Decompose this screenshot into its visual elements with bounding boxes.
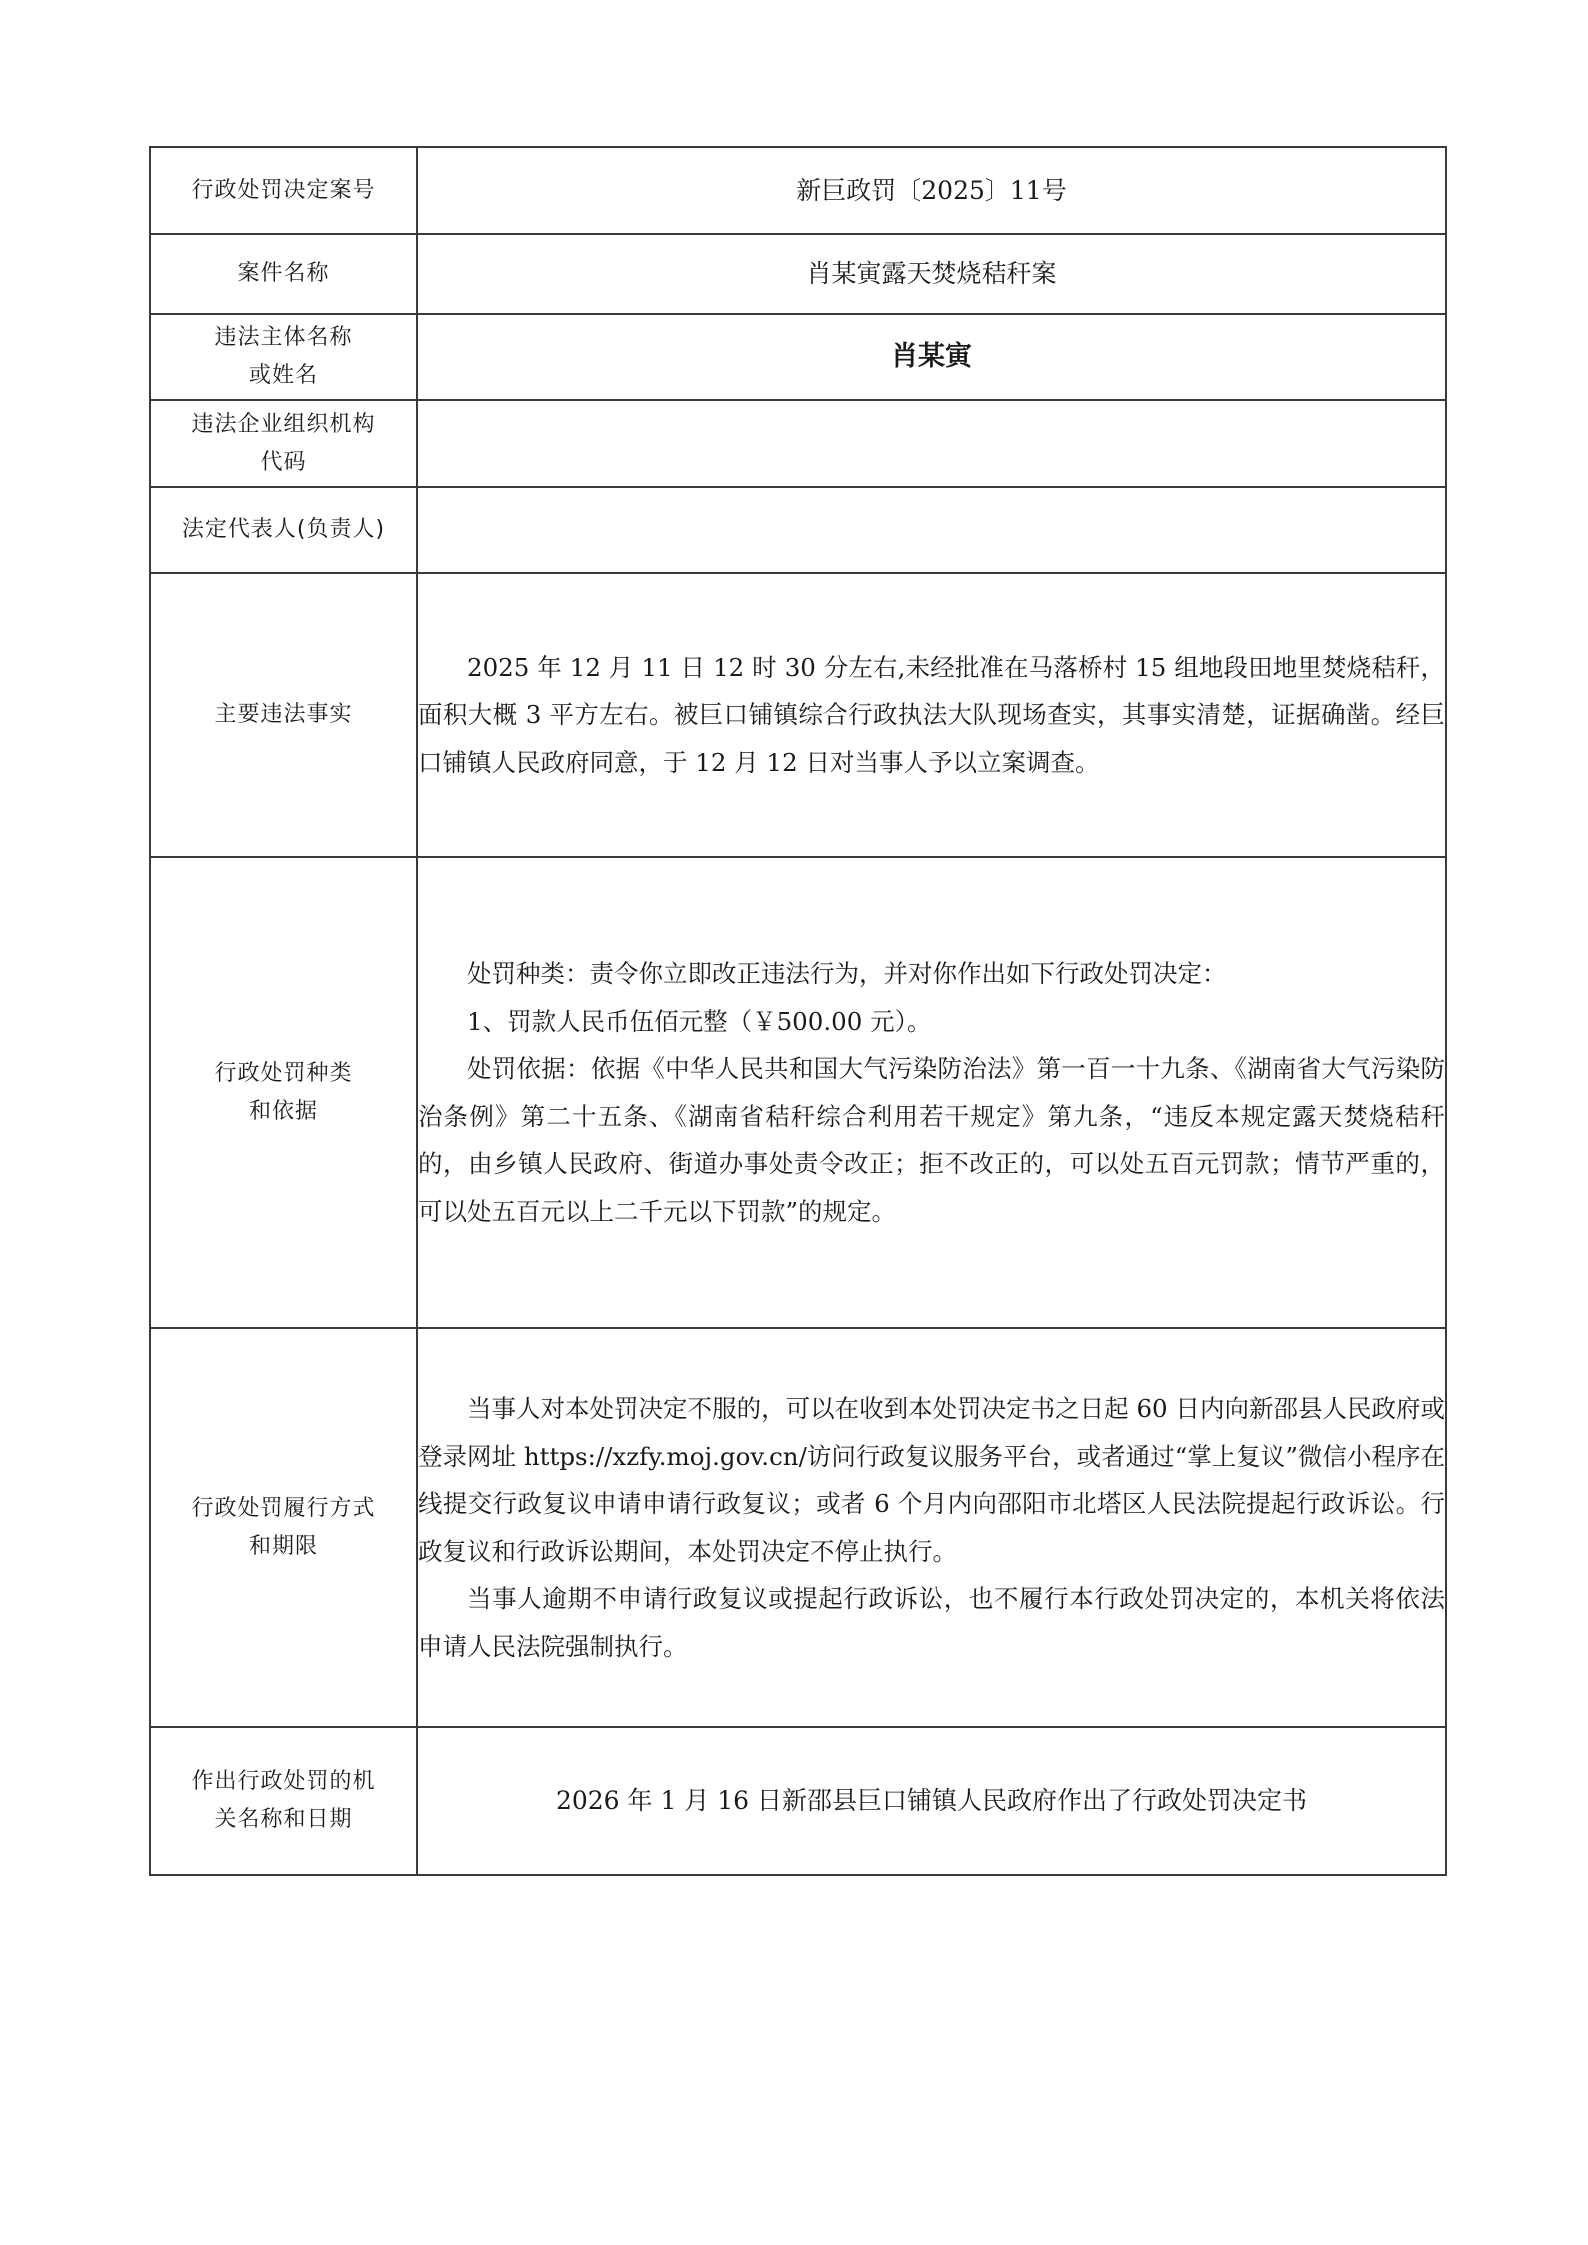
value-legal-representative [417, 487, 1446, 573]
row-main-facts: 主要违法事实 2025 年 12 月 11 日 12 时 30 分左右,未经批准… [150, 573, 1446, 857]
appeal-rights-paragraph: 当事人对本处罚决定不服的，可以在收到本处罚决定书之日起 60 日内向新邵县人民政… [418, 1385, 1445, 1575]
label-text: 和依据 [151, 1093, 416, 1131]
label-issuing-authority: 作出行政处罚的机 关名称和日期 [150, 1727, 417, 1875]
value-penalty-type-basis: 处罚种类：责令你立即改正违法行为，并对你作出如下行政处罚决定： 1、罚款人民币伍… [417, 857, 1446, 1328]
facts-paragraph: 2025 年 12 月 11 日 12 时 30 分左右,未经批准在马落桥村 1… [418, 644, 1445, 787]
label-case-number: 行政处罚决定案号 [150, 147, 417, 234]
label-text: 行政处罚决定案号 [151, 172, 416, 210]
row-execution-deadline: 行政处罚履行方式 和期限 当事人对本处罚决定不服的，可以在收到本处罚决定书之日起… [150, 1328, 1446, 1727]
label-main-facts: 主要违法事实 [150, 573, 417, 857]
label-case-name: 案件名称 [150, 234, 417, 314]
label-text: 主要违法事实 [151, 696, 416, 734]
row-issuing-authority: 作出行政处罚的机 关名称和日期 2026 年 1 月 16 日新邵县巨口铺镇人民… [150, 1727, 1446, 1875]
value-case-number: 新巨政罚〔2025〕11号 [417, 147, 1446, 234]
label-text: 违法企业组织机构 [151, 406, 416, 444]
value-main-facts: 2025 年 12 月 11 日 12 时 30 分左右,未经批准在马落桥村 1… [417, 573, 1446, 857]
row-offender-name: 违法主体名称 或姓名 肖某寅 [150, 314, 1446, 400]
label-penalty-type-basis: 行政处罚种类 和依据 [150, 857, 417, 1328]
row-penalty-type-basis: 行政处罚种类 和依据 处罚种类：责令你立即改正违法行为，并对你作出如下行政处罚决… [150, 857, 1446, 1328]
fine-amount-paragraph: 1、罚款人民币伍佰元整（￥500.00 元）。 [418, 998, 1445, 1046]
label-text: 或姓名 [151, 357, 416, 395]
value-issuing-authority: 2026 年 1 月 16 日新邵县巨口铺镇人民政府作出了行政处罚决定书 [417, 1727, 1446, 1875]
value-execution-deadline: 当事人对本处罚决定不服的，可以在收到本处罚决定书之日起 60 日内向新邵县人民政… [417, 1328, 1446, 1727]
row-case-name: 案件名称 肖某寅露天焚烧秸秆案 [150, 234, 1446, 314]
label-execution-deadline: 行政处罚履行方式 和期限 [150, 1328, 417, 1727]
label-text: 法定代表人(负责人) [151, 511, 416, 549]
enforcement-paragraph: 当事人逾期不申请行政复议或提起行政诉讼，也不履行本行政处罚决定的，本机关将依法申… [418, 1575, 1445, 1670]
label-text: 代码 [151, 444, 416, 482]
label-org-code: 违法企业组织机构 代码 [150, 400, 417, 487]
label-text: 作出行政处罚的机 [151, 1763, 416, 1801]
value-offender-name: 肖某寅 [417, 314, 1446, 400]
value-case-name: 肖某寅露天焚烧秸秆案 [417, 234, 1446, 314]
label-text: 案件名称 [151, 255, 416, 293]
row-org-code: 违法企业组织机构 代码 [150, 400, 1446, 487]
label-legal-representative: 法定代表人(负责人) [150, 487, 417, 573]
label-text: 和期限 [151, 1528, 416, 1566]
document-page: 行政处罚决定案号 新巨政罚〔2025〕11号 案件名称 肖某寅露天焚烧秸秆案 违… [0, 0, 1588, 2245]
label-text: 行政处罚履行方式 [151, 1490, 416, 1528]
label-text: 违法主体名称 [151, 319, 416, 357]
penalty-basis-paragraph: 处罚依据：依据《中华人民共和国大气污染防治法》第一百一十九条、《湖南省大气污染防… [418, 1045, 1445, 1235]
value-org-code [417, 400, 1446, 487]
row-case-number: 行政处罚决定案号 新巨政罚〔2025〕11号 [150, 147, 1446, 234]
penalty-type-paragraph: 处罚种类：责令你立即改正违法行为，并对你作出如下行政处罚决定： [418, 950, 1445, 998]
label-text: 行政处罚种类 [151, 1055, 416, 1093]
label-text: 关名称和日期 [151, 1801, 416, 1839]
penalty-decision-table: 行政处罚决定案号 新巨政罚〔2025〕11号 案件名称 肖某寅露天焚烧秸秆案 违… [149, 146, 1447, 1876]
row-legal-representative: 法定代表人(负责人) [150, 487, 1446, 573]
label-offender-name: 违法主体名称 或姓名 [150, 314, 417, 400]
